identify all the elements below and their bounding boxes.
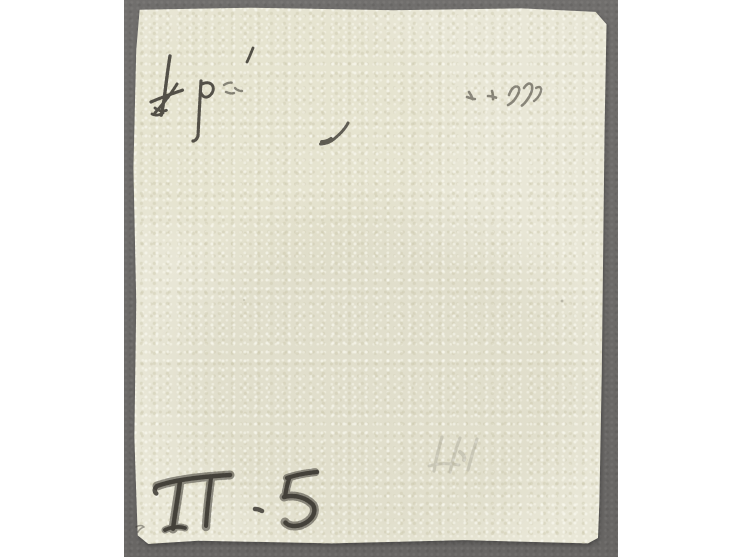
stamp-paper [132,7,607,545]
stamp [132,7,607,545]
photo-background [124,0,618,557]
page [0,0,740,557]
